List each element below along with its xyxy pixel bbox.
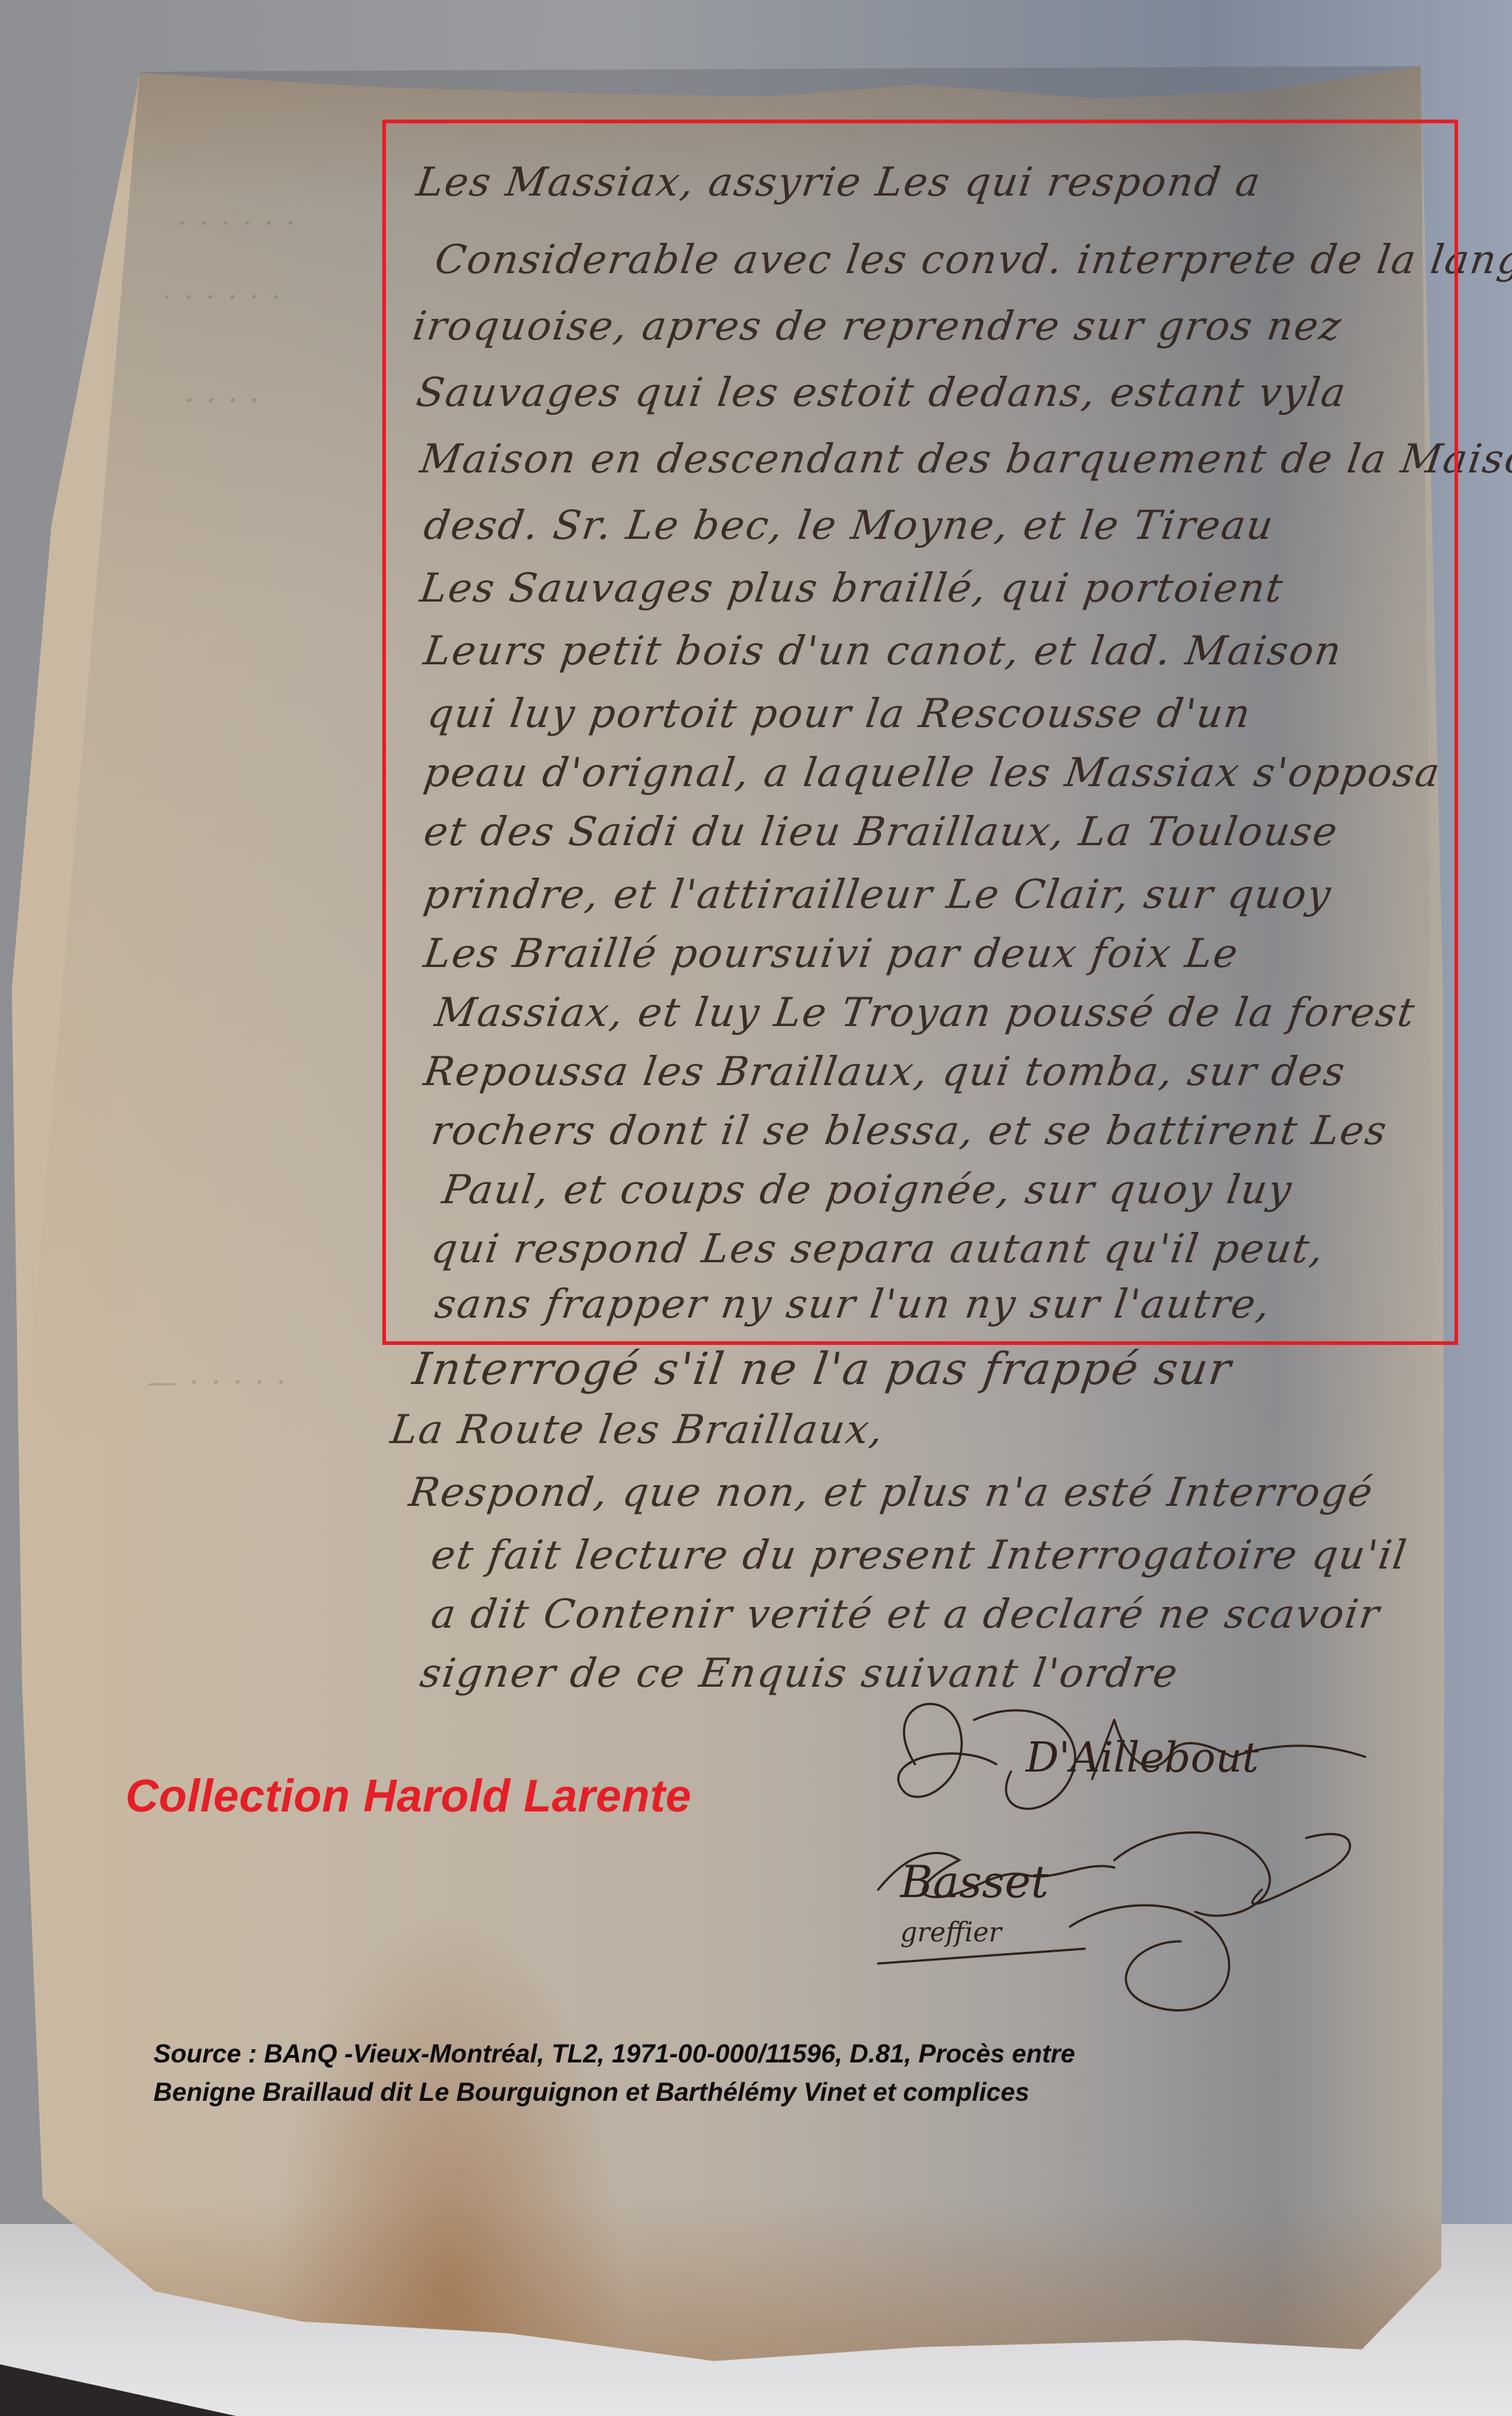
- signature-block: D'Aillebout Basset greffier: [849, 1676, 1424, 2023]
- signature-title: greffier: [900, 1918, 1003, 1948]
- signature-flourish-icon: D'Aillebout Basset greffier: [849, 1676, 1424, 2023]
- source-caption: Source : BAnQ -Vieux-Montréal, TL2, 1971…: [153, 2035, 1075, 2112]
- source-caption-line-1: Source : BAnQ -Vieux-Montréal, TL2, 1971…: [153, 2035, 1075, 2073]
- manuscript-line: La Route les Braillaux,: [388, 1406, 888, 1453]
- collection-watermark: Collection Harold Larente: [125, 1770, 691, 1823]
- source-caption-line-2: Benigne Braillaud dit Le Bourguignon et …: [153, 2073, 1075, 2112]
- manuscript-line: Respond, que non, et plus n'a esté Inter…: [407, 1469, 1377, 1515]
- manuscript-line: Interrogé s'il ne l'a pas frappé sur: [410, 1343, 1235, 1395]
- manuscript-line: et fait lecture du present Interrogatoir…: [429, 1532, 1411, 1578]
- signature-name: Basset: [900, 1856, 1049, 1908]
- manuscript-line: a dit Contenir verité et a declaré ne sc…: [429, 1591, 1384, 1637]
- signature-name: D'Aillebout: [1025, 1734, 1259, 1782]
- highlight-rectangle: [382, 120, 1458, 1345]
